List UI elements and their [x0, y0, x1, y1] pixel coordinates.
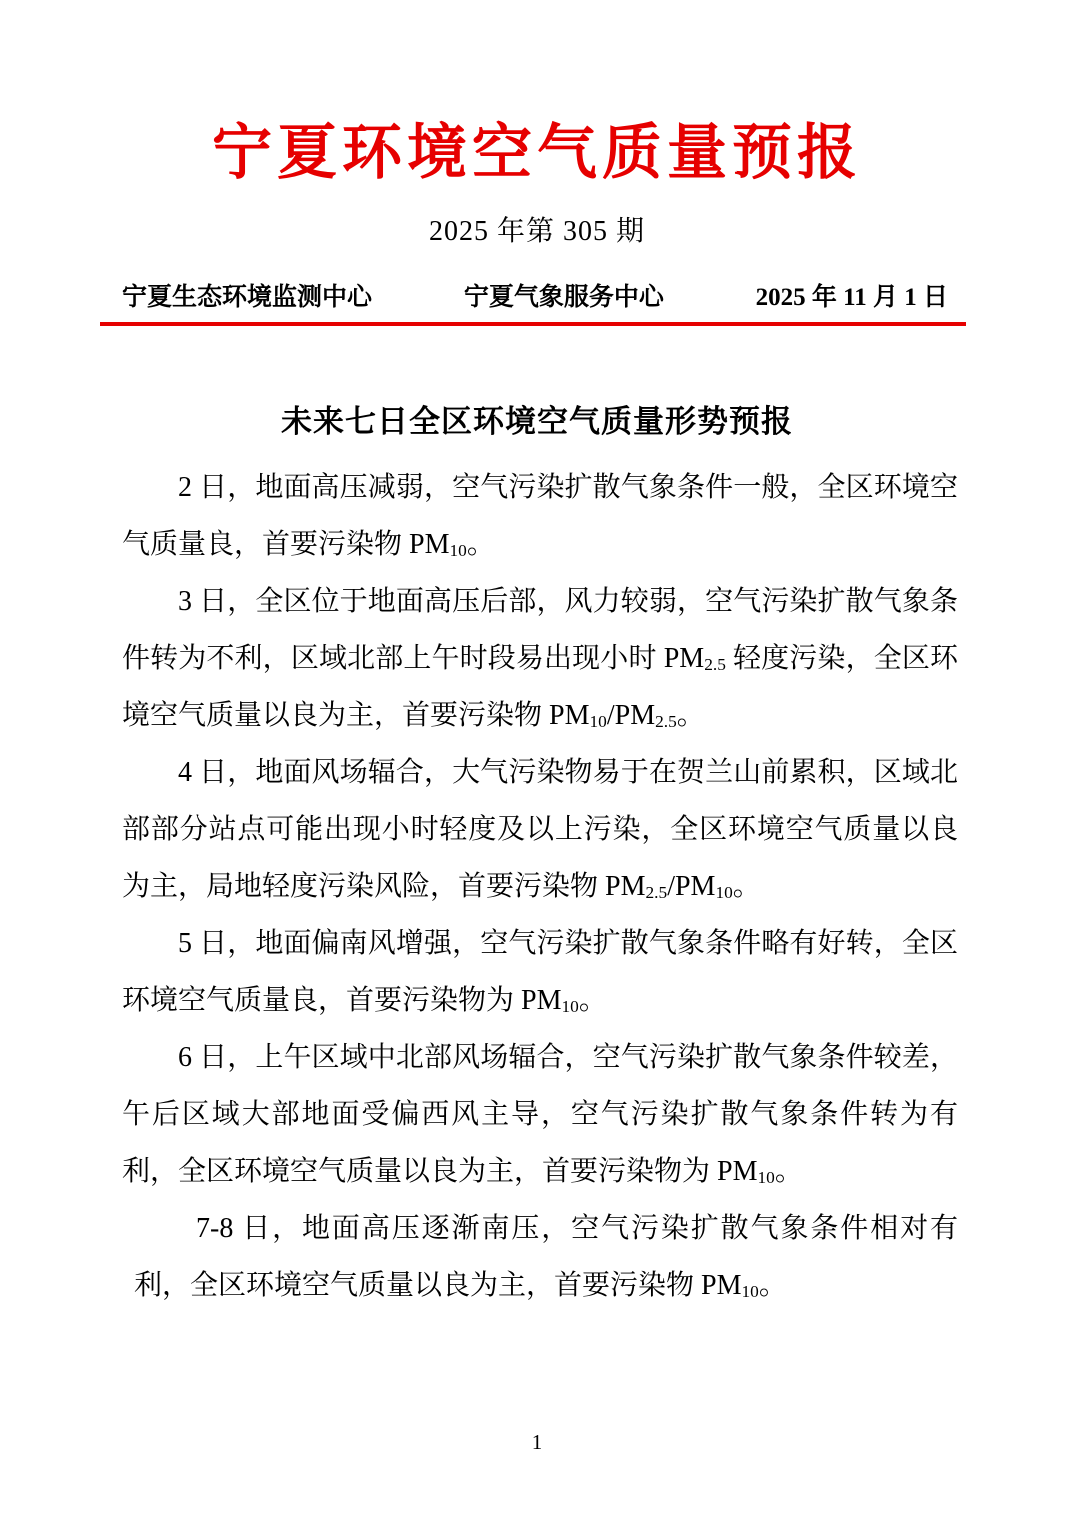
forecast-paragraph: 3 日，全区位于地面高压后部，风力较弱，空气污染扩散气象条件转为不利，区域北部上…: [122, 573, 958, 744]
pollutant-subscript: 10: [715, 883, 732, 902]
masthead-row: 宁夏生态环境监测中心 宁夏气象服务中心 2025 年 11 月 1 日: [100, 277, 966, 313]
forecast-paragraph: 2 日，地面高压减弱，空气污染扩散气象条件一般，全区环境空气质量良，首要污染物 …: [122, 459, 958, 573]
masthead-left-org: 宁夏生态环境监测中心: [122, 277, 372, 313]
pollutant-subscript: 10: [449, 541, 466, 560]
masthead: 宁夏生态环境监测中心 宁夏气象服务中心 2025 年 11 月 1 日: [100, 277, 966, 326]
pollutant-subscript: 2.5: [645, 883, 667, 902]
forecast-paragraph: 5 日，地面偏南风增强，空气污染扩散气象条件略有好转，全区环境空气质量良，首要污…: [122, 915, 958, 1029]
forecast-paragraph: 6 日，上午区域中北部风场辐合，空气污染扩散气象条件较差，午后区域大部地面受偏西…: [122, 1029, 958, 1200]
pollutant-subscript: 10: [757, 1168, 774, 1187]
red-divider-line: [100, 322, 966, 326]
pollutant-subscript: 10: [561, 997, 578, 1016]
document-title: 宁夏环境空气质量预报: [0, 0, 1074, 189]
pollutant-subscript: 10: [741, 1282, 758, 1301]
masthead-date: 2025 年 11 月 1 日: [756, 277, 948, 313]
forecast-paragraph: 7-8 日，地面高压逐渐南压，空气污染扩散气象条件相对有利，全区环境空气质量以良…: [134, 1200, 958, 1314]
masthead-center-org: 宁夏气象服务中心: [464, 277, 664, 313]
pollutant-subscript: 2.5: [655, 712, 677, 731]
page-number: 1: [0, 1430, 1074, 1455]
section-title: 未来七日全区环境空气质量形势预报: [0, 396, 1074, 441]
pollutant-subscript: 10: [589, 712, 606, 731]
issue-line: 2025 年第 305 期: [0, 209, 1074, 249]
document-page: 宁夏环境空气质量预报 2025 年第 305 期 宁夏生态环境监测中心 宁夏气象…: [0, 0, 1074, 1520]
pollutant-subscript: 2.5: [704, 655, 726, 674]
forecast-body: 2 日，地面高压减弱，空气污染扩散气象条件一般，全区环境空气质量良，首要污染物 …: [122, 459, 958, 1314]
forecast-paragraph: 4 日，地面风场辐合，大气污染物易于在贺兰山前累积，区域北部部分站点可能出现小时…: [122, 744, 958, 915]
